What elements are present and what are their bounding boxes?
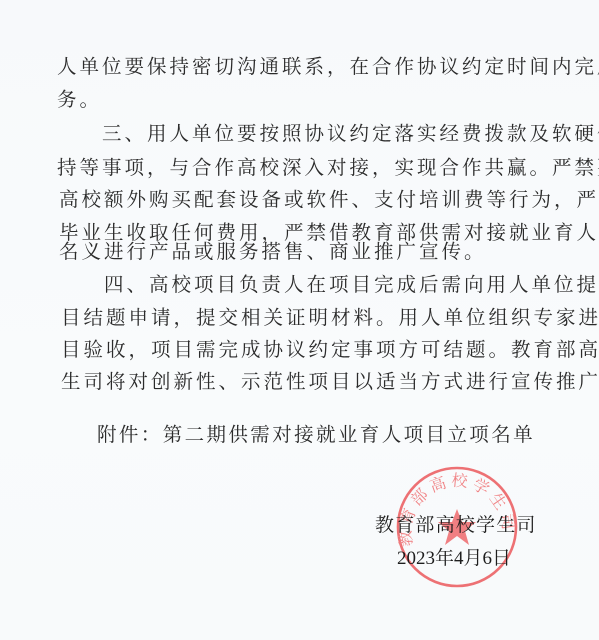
paragraph-4-line-4: 生司将对创新性、示范性项目以适当方式进行宣传推广。 xyxy=(61,370,599,394)
paragraph-3-line-2: 持等事项，与合作高校深入对接，实现合作共赢。严禁要求 xyxy=(57,156,599,180)
paragraph-4-line-3: 目验收，项目需完成协议约定事项方可结题。教育部高校学 xyxy=(61,338,599,362)
document-page: 人单位要保持密切沟通联系，在合作协议约定时间内完成任 务。 三、用人单位要按照协… xyxy=(0,0,599,640)
paragraph-4-line-2: 目结题申请，提交相关证明材料。用人单位组织专家进行项 xyxy=(61,306,599,330)
paragraph-3-line-3: 高校额外购买配套设备或软件、支付培训费等行为，严禁向 xyxy=(59,188,599,212)
paragraph-4-line-1: 四、高校项目负责人在项目完成后需向用人单位提出项 xyxy=(104,273,599,297)
issuer-name: 教育部高校学生司 xyxy=(375,510,537,537)
paragraph-3-line-1: 三、用人单位要按照协议约定落实经费拨款及软硬件支 xyxy=(102,122,599,146)
body-line-2: 务。 xyxy=(57,88,102,112)
issue-date: 2023年4月6日 xyxy=(397,543,511,570)
attachment-line: 附件：第二期供需对接就业育人项目立项名单 xyxy=(97,423,535,447)
paragraph-3-line-5: 名义进行产品或服务搭售、商业推广宣传。 xyxy=(59,240,487,264)
body-line-1: 人单位要保持密切沟通联系，在合作协议约定时间内完成任 xyxy=(57,55,599,79)
